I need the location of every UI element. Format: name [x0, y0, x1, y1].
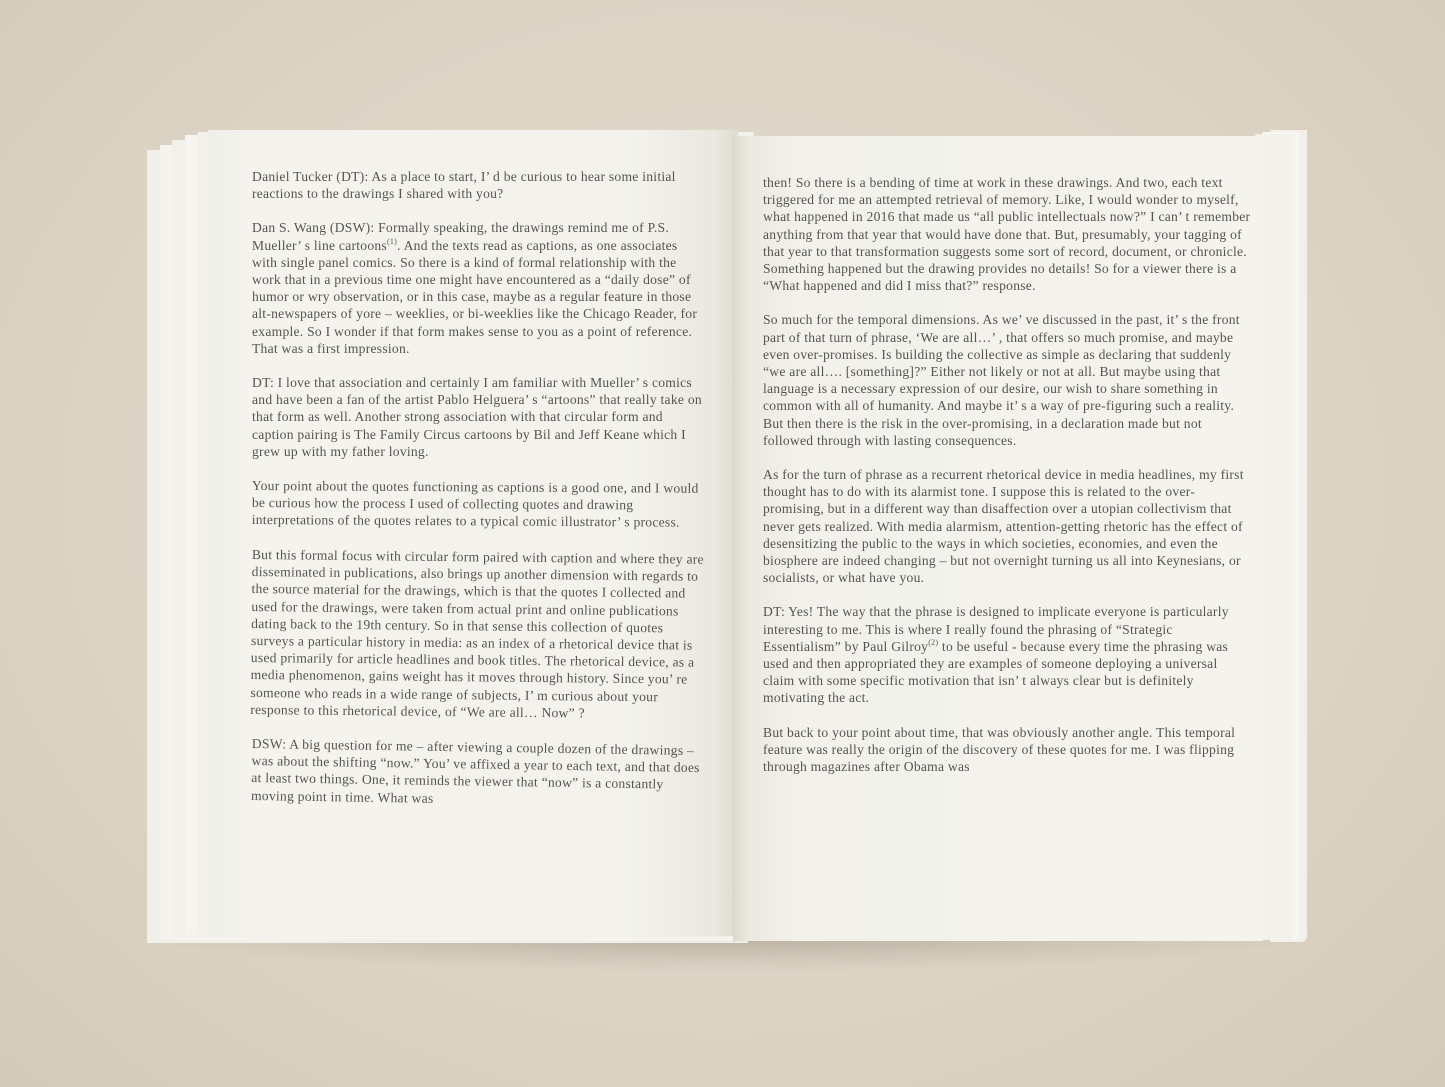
paragraph-bending-time: then! So there is a bending of time at w… [763, 174, 1251, 294]
paragraph-text: . And the texts read as captions, as one… [252, 238, 697, 356]
paragraph-media-headlines: As for the turn of phrase as a recurrent… [763, 466, 1251, 586]
paragraph-dsw-question: DSW: A big question for me – after viewi… [251, 735, 704, 811]
paragraph-captions: Your point about the quotes functioning … [252, 477, 704, 531]
footnote-marker: (2) [928, 638, 938, 647]
paragraph-formal-focus: But this formal focus with circular form… [250, 546, 704, 723]
paragraph-dsw-formally: Dan S. Wang (DSW): Formally speaking, th… [252, 219, 704, 357]
paragraph-back-to-time: But back to your point about time, that … [763, 724, 1251, 776]
paragraph-dt-association: DT: I love that association and certainl… [252, 374, 704, 460]
footnote-marker: (1) [387, 237, 397, 246]
paragraph-temporal-dimensions: So much for the temporal dimensions. As … [763, 311, 1251, 449]
paragraph-dt-opening: Daniel Tucker (DT): As a place to start,… [252, 168, 704, 202]
right-page: then! So there is a bending of time at w… [735, 136, 1265, 941]
left-page: Daniel Tucker (DT): As a place to start,… [208, 130, 738, 936]
paragraph-dt-yes: DT: Yes! The way that the phrase is desi… [763, 603, 1251, 706]
